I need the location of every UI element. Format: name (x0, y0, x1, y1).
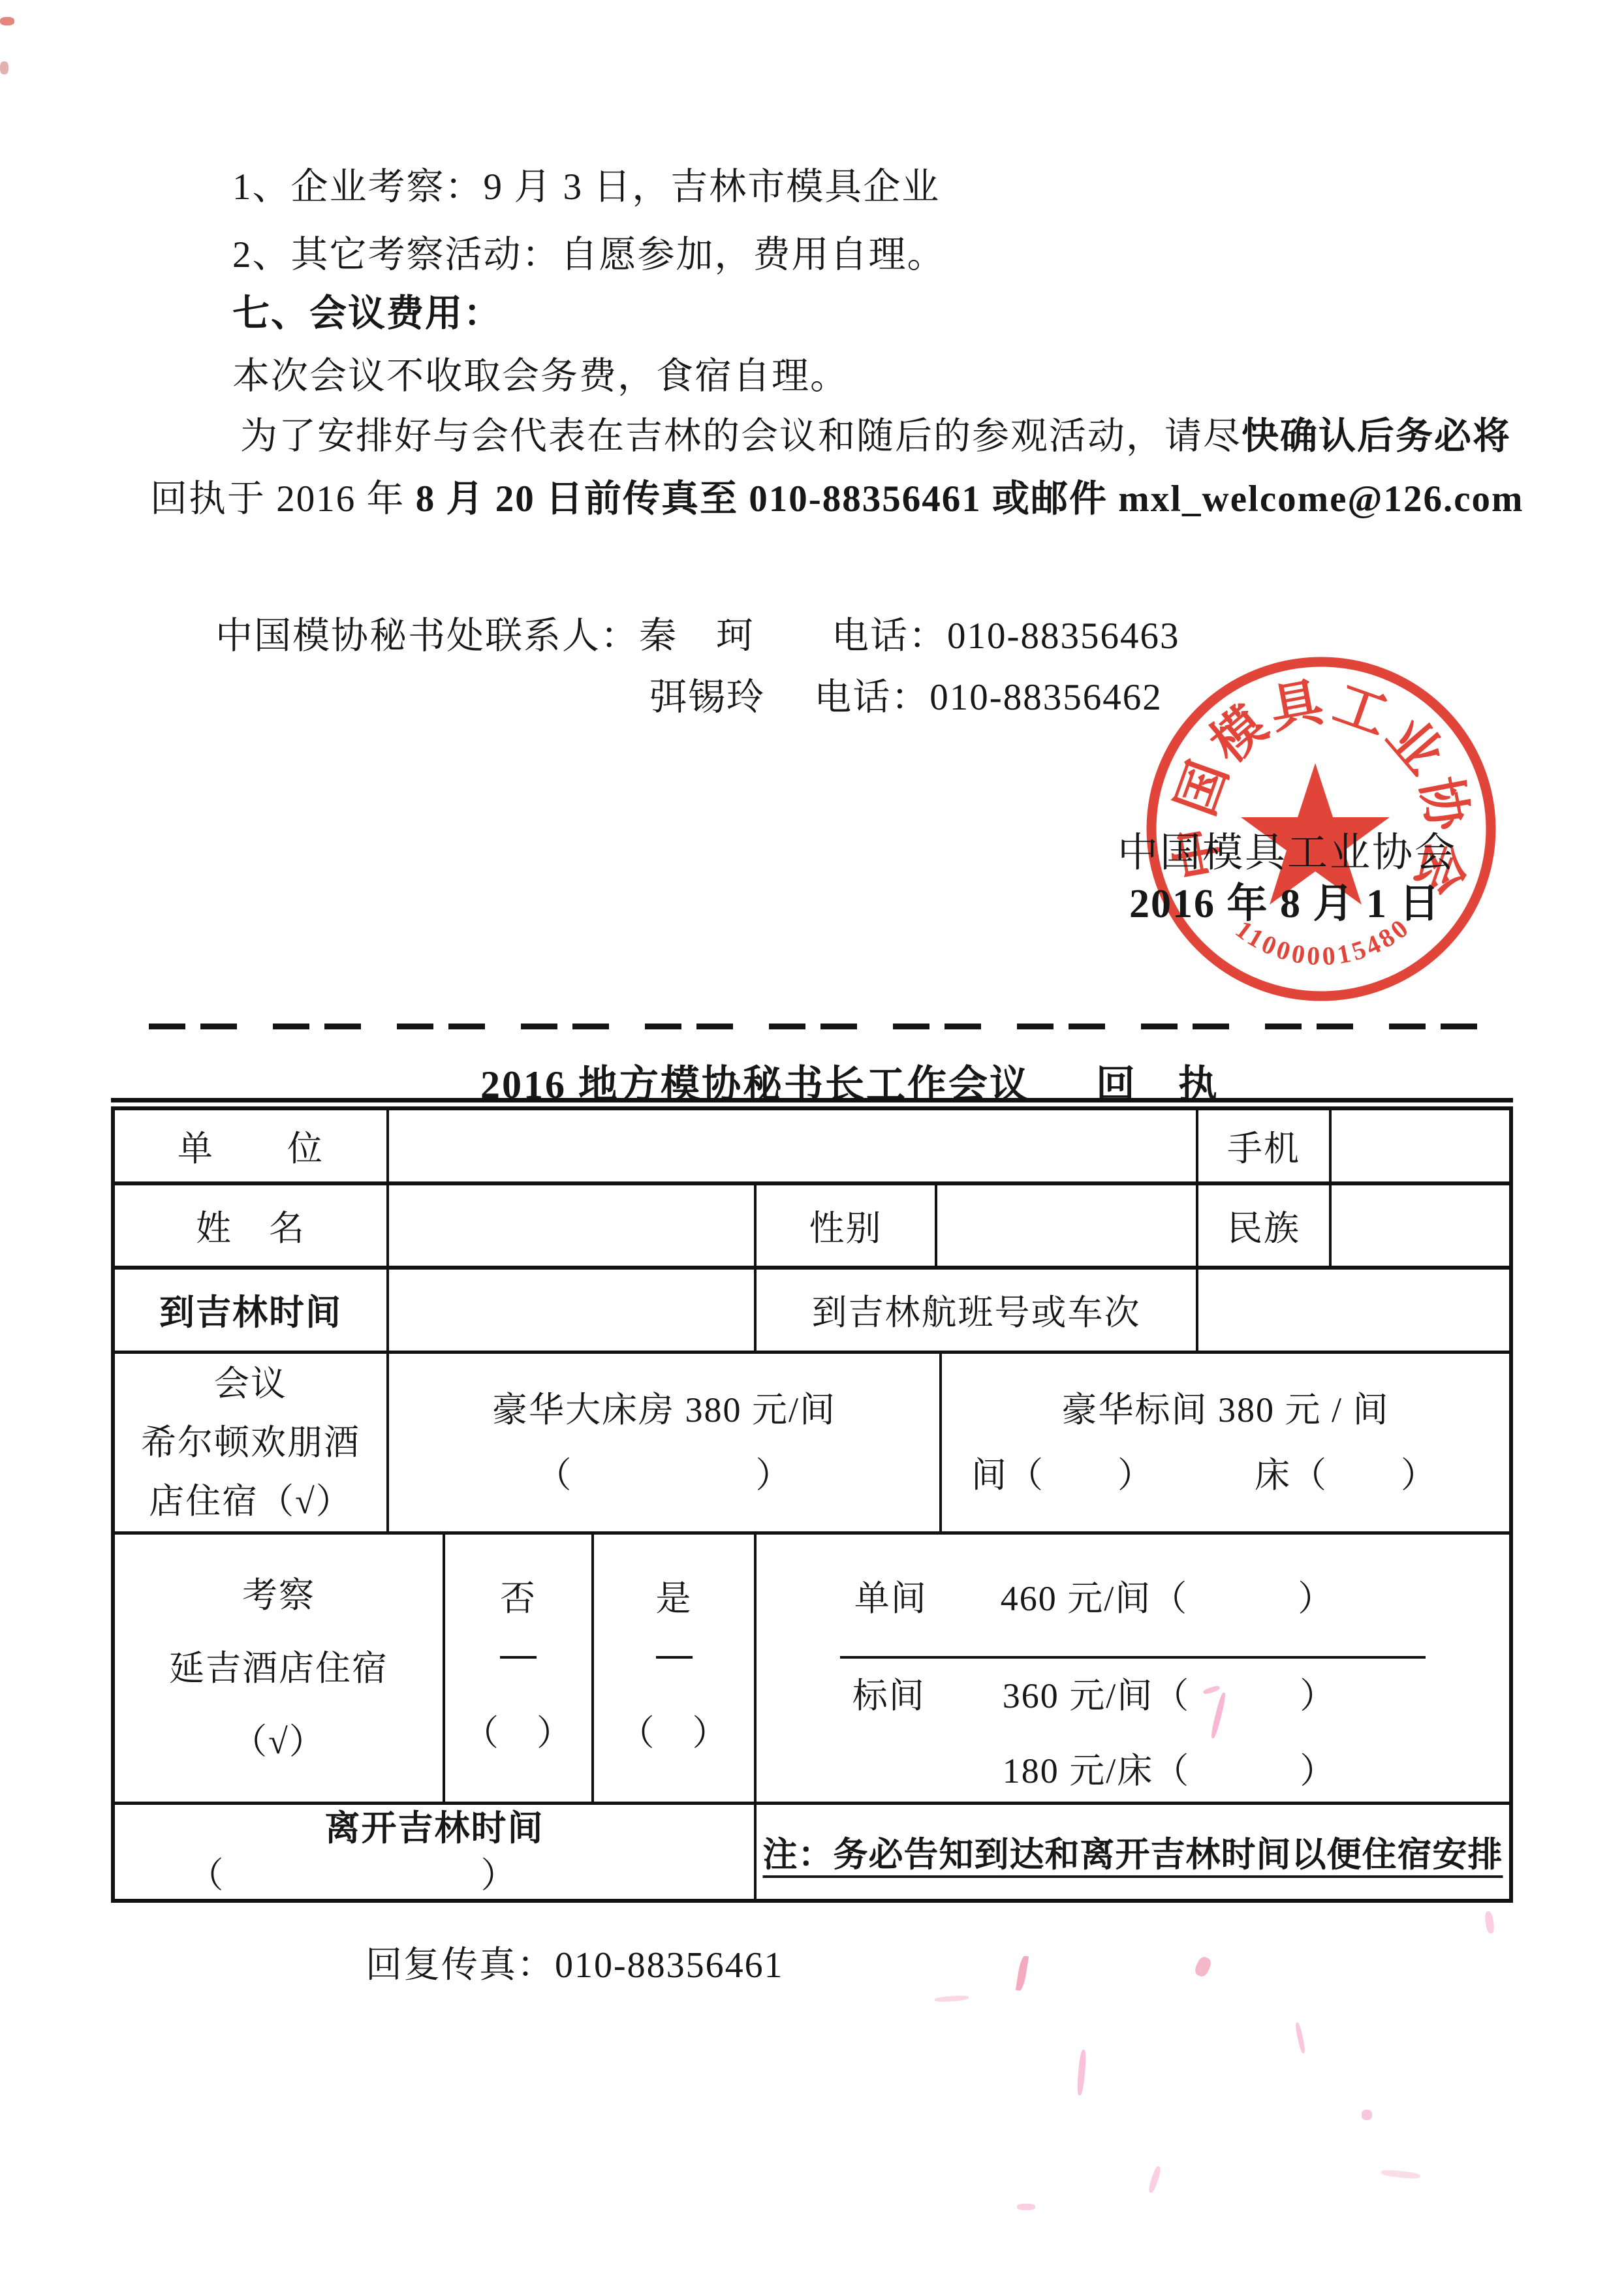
label-arrive-time: 到吉林时间 (115, 1270, 389, 1351)
label-name: 姓 名 (115, 1185, 389, 1265)
label-meeting-hotel-line1: 会议 (214, 1354, 287, 1413)
field-no-checkbox[interactable]: （ ） (463, 1659, 573, 1802)
departure-time-paren: （ ） (189, 1852, 518, 1899)
bed-paren: （ ） (1153, 1743, 1336, 1793)
field-unit-input[interactable] (389, 1110, 1198, 1181)
arrangement-regular: 为了安排好与会代表在吉林的会议和随后的参观活动，请尽 (240, 416, 1241, 457)
field-name-input[interactable] (389, 1185, 757, 1265)
note-text: 注：务必告知到达和离开吉林时间以便住宿安排 (763, 1827, 1503, 1877)
signature-organization: 中国模具工业协会 (1117, 820, 1457, 878)
label-visit-hotel-line3: （√） (232, 1705, 326, 1778)
item-2-other-activities: 2、其它考察活动：自愿参加，费用自理。 (232, 225, 946, 278)
visit-room-options: 单间 460 元/间 （ ） 标间 360 元/间 （ ） 180 (757, 1535, 1509, 1802)
label-ethnic: 民族 (1198, 1185, 1332, 1265)
standard-room-paren: （ ） (1153, 1668, 1336, 1718)
section-7-heading: 七、会议费用： (232, 283, 502, 337)
label-no: 否 (500, 1535, 537, 1659)
contact-qin-ke: 中国模协秘书处联系人：秦 珂 电话：010-88356463 (215, 606, 1179, 659)
king-room-price: 豪华大床房 380 元/间 (492, 1377, 836, 1443)
field-departure-time[interactable]: 离开吉林时间 （ ） (115, 1805, 757, 1899)
scan-artifact (1017, 2204, 1035, 2210)
arrangement-bold: 快确认后务必将 (1241, 416, 1511, 457)
scan-artifact (0, 17, 14, 25)
label-arrive-flight: 到吉林航班号或车次 (757, 1270, 1198, 1351)
option-twin-room[interactable]: 豪华标间 380 元 / 间 间（ ） 床（ ） (942, 1354, 1509, 1531)
visit-yes-column: 是 （ ） (594, 1535, 757, 1802)
field-mobile-input[interactable] (1332, 1110, 1509, 1181)
reply-fax-number: 回复传真：010-88356461 (366, 1936, 784, 1988)
scan-artifact (935, 1995, 969, 2003)
table-row-unit: 单 位 手机 (115, 1110, 1509, 1185)
label-meeting-hotel-line3: 店住宿（√） (149, 1472, 352, 1531)
standard-room-line: 标间 360 元/间 （ ） (838, 1668, 1428, 1718)
single-room-price: 单间 460 元/间 (854, 1571, 1152, 1621)
contact-mi-xiling: 弭锡玲 电话：010-88356462 (649, 667, 1163, 721)
bed-price: 180 元/床 (1003, 1743, 1154, 1793)
twin-room-counts: 间（ ） 床（ ） (961, 1443, 1490, 1508)
scan-artifact (1076, 2050, 1087, 2096)
scan-artifact (0, 61, 8, 74)
standard-room-label: 标间 (852, 1668, 1003, 1718)
twin-room-count-paren: 间（ ） (971, 1443, 1154, 1508)
table-row-visit-hotel: 考察 延吉酒店住宿 （√） 否 （ ） 是 （ ） 单间 460 元/间 （ ） (115, 1535, 1509, 1805)
scan-artifact (1148, 2165, 1162, 2193)
field-gender-input[interactable] (937, 1185, 1198, 1265)
signature-date: 2016 年 8 月 1 日 (1129, 871, 1441, 929)
bed-price-line: 180 元/床 （ ） (838, 1743, 1428, 1793)
label-yes: 是 (656, 1535, 693, 1659)
title-underline (111, 1098, 1513, 1102)
deadline-regular: 回执于 2016 年 (150, 478, 416, 520)
field-arrive-flight-input[interactable] (1198, 1270, 1509, 1351)
label-departure-time: 离开吉林时间 (325, 1805, 544, 1852)
label-meeting-hotel: 会议 希尔顿欢朋酒 店住宿（√） (115, 1354, 389, 1531)
label-mobile: 手机 (1198, 1110, 1332, 1181)
twin-bed-count-paren: 床（ ） (1255, 1443, 1437, 1508)
scan-artifact (1016, 1955, 1029, 1991)
option-king-room[interactable]: 豪华大床房 380 元/间 （ ） (389, 1354, 942, 1531)
field-yes-checkbox[interactable]: （ ） (619, 1659, 729, 1802)
king-room-paren: （ ） (537, 1443, 792, 1508)
visit-no-column: 否 （ ） (445, 1535, 594, 1802)
twin-room-price: 豪华标间 380 元 / 间 (1061, 1377, 1389, 1443)
note-cell: 注：务必告知到达和离开吉林时间以便住宿安排 (757, 1805, 1509, 1899)
fee-statement: 本次会议不收取会务费，食宿自理。 (232, 346, 849, 399)
label-visit-hotel: 考察 延吉酒店住宿 （√） (115, 1535, 445, 1802)
option-single-room[interactable]: 单间 460 元/间 （ ） (840, 1535, 1426, 1659)
label-unit: 单 位 (115, 1110, 389, 1181)
scan-artifact (1484, 1911, 1495, 1933)
scan-artifact (1362, 2110, 1372, 2120)
standard-room-price: 360 元/间 (1003, 1668, 1154, 1718)
reply-deadline-sentence: 回执于 2016 年 8 月 20 日前传真至 010-88356461 或邮件… (150, 469, 1523, 522)
table-row-name: 姓 名 性别 民族 (115, 1185, 1509, 1269)
label-visit-hotel-line2: 延吉酒店住宿 (169, 1632, 388, 1705)
scan-artifact (1381, 2169, 1421, 2180)
label-meeting-hotel-line2: 希尔顿欢朋酒 (141, 1413, 360, 1472)
field-arrive-time-input[interactable] (389, 1270, 757, 1351)
label-gender: 性别 (757, 1185, 937, 1265)
label-visit-hotel-line1: 考察 (242, 1559, 315, 1632)
field-ethnic-input[interactable] (1332, 1185, 1509, 1265)
table-row-departure: 离开吉林时间 （ ） 注：务必告知到达和离开吉林时间以便住宿安排 (115, 1805, 1509, 1899)
scan-artifact (1193, 1955, 1213, 1978)
item-1-company-visit: 1、企业考察：9 月 3 日，吉林市模具企业 (232, 157, 940, 210)
scanned-document-page: 1、企业考察：9 月 3 日，吉林市模具企业 2、其它考察活动：自愿参加，费用自… (0, 0, 1624, 2282)
single-room-paren: （ ） (1151, 1571, 1334, 1621)
scan-artifact (1294, 2022, 1306, 2054)
option-standard-room[interactable]: 标间 360 元/间 （ ） 180 元/床 （ ） (838, 1659, 1428, 1802)
deadline-bold-fax-email: 8 月 20 日前传真至 010-88356461 或邮件 mxl_welcom… (416, 478, 1524, 520)
table-row-meeting-hotel: 会议 希尔顿欢朋酒 店住宿（√） 豪华大床房 380 元/间 （ ） 豪华标间 … (115, 1354, 1509, 1535)
reply-form-table: 单 位 手机 姓 名 性别 民族 到吉林时间 到吉林航班号或车次 会议 希尔顿欢… (111, 1106, 1513, 1903)
arrangement-sentence: 为了安排好与会代表在吉林的会议和随后的参观活动，请尽快确认后务必将 (240, 406, 1511, 460)
table-row-arrival: 到吉林时间 到吉林航班号或车次 (115, 1270, 1509, 1354)
cut-here-dashed-line (149, 1024, 1490, 1029)
